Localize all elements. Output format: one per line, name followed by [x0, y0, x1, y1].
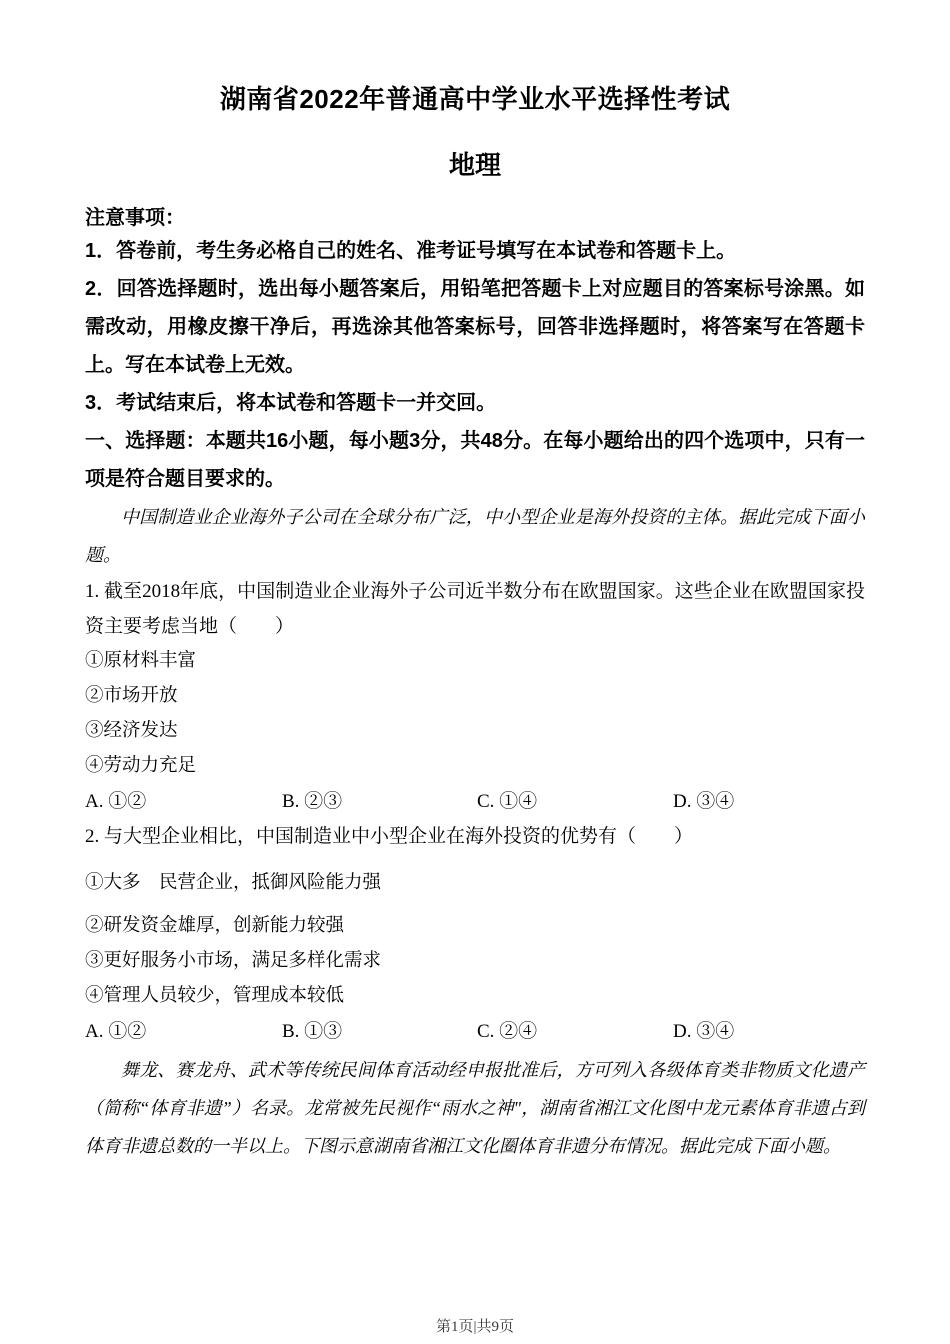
question-2-choice-b: B. ①③	[282, 1014, 477, 1049]
question-1-choice-b: B. ②③	[282, 784, 477, 819]
question-2-choices: A. ①② B. ①③ C. ②④ D. ③④	[85, 1014, 865, 1049]
notice-item-1: 1．答卷前，考生务必格自己的姓名、准考证号填写在本试卷和答题卡上。	[85, 232, 865, 270]
notice-heading: 注意事项：	[85, 204, 865, 232]
question-2-choice-d: D. ③④	[673, 1014, 865, 1049]
passage-1: 中国制造业企业海外子公司在全球分布广泛，中小型企业是海外投资的主体。据此完成下面…	[85, 498, 865, 574]
question-1-item-4: ④劳动力充足	[85, 749, 865, 784]
exam-subject: 地理	[85, 150, 865, 180]
question-2-item-3: ③更好服务小市场，满足多样化需求	[85, 944, 865, 979]
question-2-choice-c: C. ②④	[477, 1014, 673, 1049]
question-1-item-3: ③经济发达	[85, 714, 865, 749]
notice-item-3: 3．考试结束后，将本试卷和答题卡一并交回。	[85, 384, 865, 422]
question-2-item-1: ①大多 民营企业，抵御风险能力强	[85, 866, 865, 901]
question-2-stem: 2. 与大型企业相比，中国制造业中小型企业在海外投资的优势有（ ）	[85, 819, 865, 854]
section-heading: 一、选择题：本题共16小题，每小题3分，共48分。在每小题给出的四个选项中，只有…	[85, 422, 865, 498]
exam-title: 湖南省2022年普通高中学业水平选择性考试	[85, 0, 865, 114]
question-2-item-2: ②研发资金雄厚，创新能力较强	[85, 909, 865, 944]
question-1-choices: A. ①② B. ②③ C. ①④ D. ③④	[85, 784, 865, 819]
page-content: 湖南省2022年普通高中学业水平选择性考试 地理 注意事项： 1．答卷前，考生务…	[0, 0, 950, 1165]
question-1-choice-c: C. ①④	[477, 784, 673, 819]
exam-paper-page: 湖南省2022年普通高中学业水平选择性考试 地理 注意事项： 1．答卷前，考生务…	[0, 0, 950, 1344]
page-footer: 第1页|共9页	[0, 1318, 950, 1336]
question-1-choice-d: D. ③④	[673, 784, 865, 819]
question-2-choice-a: A. ①②	[85, 1014, 282, 1049]
question-1-item-2: ②市场开放	[85, 679, 865, 714]
question-2-item-4: ④管理人员较少，管理成本较低	[85, 979, 865, 1014]
passage-2: 舞龙、赛龙舟、武术等传统民间体育活动经申报批准后，方可列入各级体育类非物质文化遗…	[85, 1051, 865, 1165]
question-1-choice-a: A. ①②	[85, 784, 282, 819]
question-1-stem: 1. 截至2018年底，中国制造业企业海外子公司近半数分布在欧盟国家。这些企业在…	[85, 574, 865, 644]
question-1-item-1: ①原材料丰富	[85, 644, 865, 679]
notice-item-2: 2．回答选择题时，选出每小题答案后，用铅笔把答题卡上对应题目的答案标号涂黑。如需…	[85, 270, 865, 384]
